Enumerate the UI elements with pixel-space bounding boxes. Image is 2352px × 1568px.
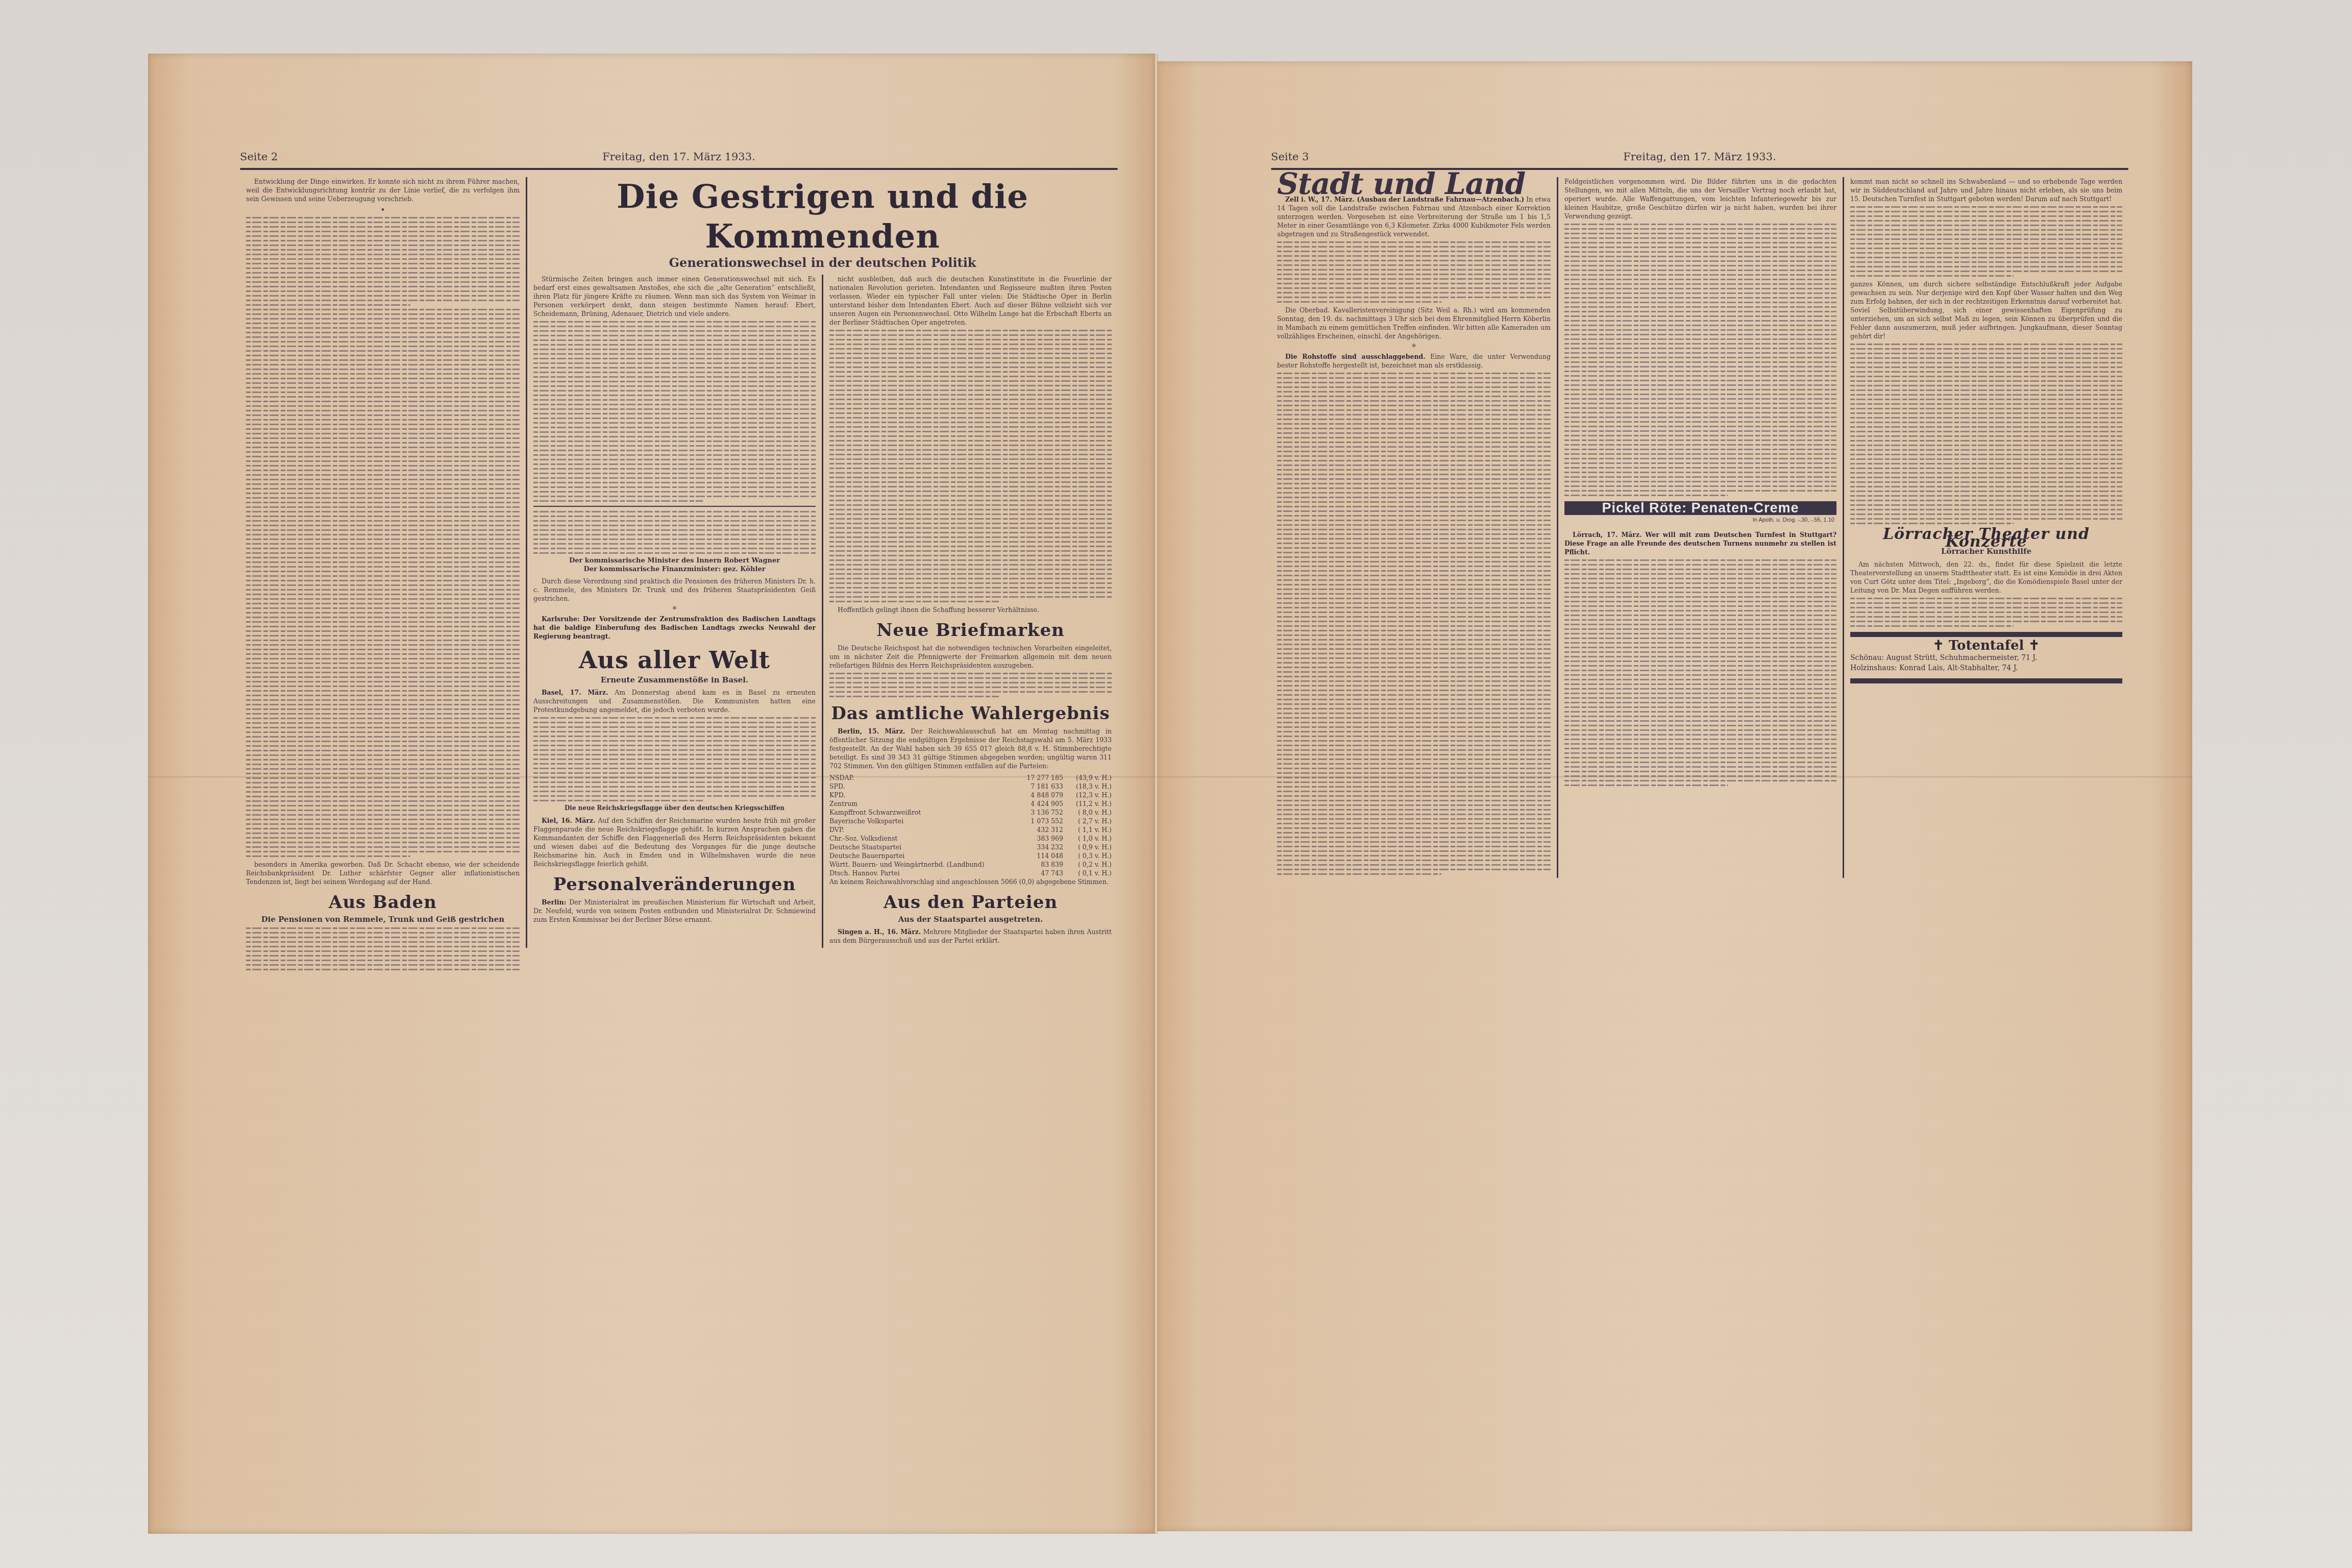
- decree-lines: [533, 511, 816, 554]
- decree-text: Durch diese Verordnung sind praktisch di…: [533, 577, 816, 603]
- aus-baden-body-lines: [246, 927, 520, 970]
- result-pct: ( 0,9 v. H.): [1068, 843, 1112, 851]
- section-title-stadt-und-land: Stadt und Land: [1277, 180, 1551, 188]
- schacht-paragraph-end: besonders in Amerika geworben. Daß Dr. S…: [246, 860, 520, 886]
- theater-heading: Lörracher Theater und Konzerte: [1850, 530, 2122, 546]
- totentafel-heading: ✝ Totentafel ✝: [1850, 642, 2122, 650]
- result-pct: (43,9 v. H.): [1068, 773, 1112, 782]
- main-article-area: Die Gestrigen und die Kommenden Generati…: [526, 177, 1118, 973]
- table-row: Deutsche Bauernpartei114 048( 0,3 v. H.): [829, 851, 1112, 860]
- penaten-creme-advert: Pickel Röte: Penaten-Creme: [1564, 501, 1836, 515]
- result-pct: ( 0,3 v. H.): [1068, 851, 1112, 860]
- briefmarken-lines: [829, 673, 1112, 697]
- totentafel-top-bar: [1850, 632, 2122, 637]
- result-votes: 47 743: [1018, 869, 1068, 877]
- main-subheadline: Generationswechsel in der deutschen Poli…: [533, 259, 1112, 266]
- totentafel-bottom-bar: [1850, 678, 2122, 683]
- rohstoffe-paragraph: Die Rohstoffe sind ausschlaggebend. Eine…: [1277, 352, 1551, 370]
- aus-aller-welt-subheading: Erneute Zusammenstöße in Basel.: [533, 676, 816, 684]
- page-2: Seite 2 Freitag, den 17. März 1933. Entw…: [240, 151, 1118, 973]
- table-row: Württ. Bauern- und Weingärtnerbd. (Landb…: [829, 860, 1112, 869]
- karlsruhe-paragraph: Karlsruhe: Der Vorsitzende der Zentrumsf…: [533, 615, 816, 641]
- result-party: KPD.: [829, 791, 1018, 799]
- personal-heading: Personalveränderungen: [533, 873, 816, 896]
- result-pct: (18,3 v. H.): [1068, 782, 1112, 791]
- result-votes: 4 848 079: [1018, 791, 1068, 799]
- table-row: Dtsch. Hannov. Partei47 743( 0,1 v. H.): [829, 869, 1112, 877]
- obituary-entry: Holzinshaus: Konrad Lais, Alt-Stabhalter…: [1850, 663, 2122, 673]
- totentafel-list: Schönau: August Strütt, Schuhmachermeist…: [1850, 653, 2122, 673]
- result-party: Deutsche Staatspartei: [829, 843, 1018, 851]
- theater-subheading: Lörracher Kunsthilfe: [1850, 548, 2122, 555]
- table-row: Deutsche Staatspartei334 232( 0,9 v. H.): [829, 843, 1112, 851]
- theater-body-lines: [1850, 598, 2122, 627]
- flag-subheading: Die neue Reichskriegsflagge über den deu…: [533, 804, 816, 812]
- main-article-col2-lines: [829, 330, 1112, 602]
- wahlergebnis-intro: Berlin, 15. März. Der Reichswahlausschuß…: [829, 727, 1112, 770]
- result-party: SPD.: [829, 782, 1018, 791]
- result-party: Württ. Bauern- und Weingärtnerbd. (Landb…: [829, 860, 1018, 869]
- zell-body-lines: [1277, 241, 1551, 303]
- separator-dot: •: [246, 206, 520, 214]
- election-results-table: NSDAP.17 277 185(43,9 v. H.)SPD.7 181 63…: [829, 773, 1112, 877]
- result-pct: ( 1,1 v. H.): [1068, 825, 1112, 834]
- table-row: KPD.4 848 079(12,3 v. H.): [829, 791, 1112, 799]
- page-header: Seite 2 Freitag, den 17. März 1933.: [240, 151, 1118, 165]
- column-1: Entwicklung der Dinge einwirken. Er konn…: [240, 177, 526, 973]
- result-party: DVP.: [829, 825, 1018, 834]
- separator-dot: *: [1277, 344, 1551, 351]
- table-row: Bayerische Volkspartei1 073 552( 2,7 v. …: [829, 817, 1112, 825]
- zell-paragraph: Zell i. W., 17. März. (Ausbau der Landst…: [1277, 195, 1551, 238]
- table-row: Kampffront Schwarzweißrot3 136 752( 8,0 …: [829, 808, 1112, 817]
- result-party: NSDAP.: [829, 773, 1018, 782]
- briefmarken-heading: Neue Briefmarken: [829, 619, 1112, 642]
- page-date: Freitag, den 17. März 1933.: [1271, 151, 2128, 163]
- column-1: Stadt und Land Zell i. W., 17. März. (Au…: [1271, 177, 1557, 878]
- result-votes: 334 232: [1018, 843, 1068, 851]
- decree-signature-1: Der kommissarische Minister des Innern R…: [533, 557, 816, 565]
- kavallerie-paragraph: Die Oberbad. Kavalleristenvereinigung (S…: [1277, 306, 1551, 340]
- result-votes: 17 277 185: [1018, 773, 1068, 782]
- result-pct: ( 0,1 v. H.): [1068, 869, 1112, 877]
- section-divider: [533, 506, 816, 507]
- table-row: DVP.432 312( 1,1 v. H.): [829, 825, 1112, 834]
- result-party: Chr.-Soz. Volksdienst: [829, 834, 1018, 843]
- wahlergebnis-footer: An keinem Reichswahlvorschlag sind anges…: [829, 877, 1112, 886]
- result-votes: 1 073 552: [1018, 817, 1068, 825]
- aus-baden-subheading: Die Pensionen von Remmele, Trunk und Gei…: [246, 916, 520, 923]
- aus-den-parteien-subheading: Aus der Staatspartei ausgetreten.: [829, 916, 1112, 923]
- intro-paragraph: Entwicklung der Dinge einwirken. Er konn…: [246, 177, 520, 203]
- table-row: Chr.-Soz. Volksdienst383 969( 1,0 v. H.): [829, 834, 1112, 843]
- singen-paragraph: Singen a. H., 16. März. Mehrere Mitglied…: [829, 927, 1112, 945]
- result-party: Dtsch. Hannov. Partei: [829, 869, 1018, 877]
- result-votes: 114 048: [1018, 851, 1068, 860]
- page-date: Freitag, den 17. März 1933.: [240, 151, 1118, 163]
- advert-price-line: In Apoth. u. Drog. -.30, -.55, 1.10: [1566, 517, 1834, 524]
- center-fold: [1155, 54, 1158, 1534]
- result-pct: ( 1,0 v. H.): [1068, 834, 1112, 843]
- page-header: Seite 3 Freitag, den 17. März 1933.: [1271, 151, 2128, 165]
- main-article-col2: nicht ausbleiben, daß auch die deutschen…: [829, 275, 1112, 327]
- decree-signature-2: Der kommissarische Finanzminister: gez. …: [533, 566, 816, 573]
- basel-news-lines: [1850, 344, 2122, 524]
- basel-body-lines: [533, 717, 816, 801]
- result-votes: 83 839: [1018, 860, 1068, 869]
- table-row: Zentrum4 424 905(11,2 v. H.): [829, 799, 1112, 808]
- aus-aller-welt-heading: Aus aller Welt: [533, 646, 816, 674]
- column-3: nicht ausbleiben, daß auch die deutschen…: [822, 275, 1118, 948]
- result-votes: 3 136 752: [1018, 808, 1068, 817]
- column-2: Stürmische Zeiten bringen auch immer ein…: [526, 275, 822, 948]
- personal-paragraph: Berlin: Der Ministerialrat im preußische…: [533, 898, 816, 924]
- header-rule: [240, 168, 1118, 170]
- result-votes: 432 312: [1018, 825, 1068, 834]
- turnfest-body-lines: [1564, 559, 1836, 786]
- turnfest-paragraph: Lörrach, 17. März. Wer will mit zum Deut…: [1564, 530, 1836, 556]
- col2-body-lines: [1564, 224, 1836, 496]
- obituary-entry: Schönau: August Strütt, Schuhmachermeist…: [1850, 653, 2122, 663]
- result-party: Zentrum: [829, 799, 1018, 808]
- table-row: SPD.7 181 633(18,3 v. H.): [829, 782, 1112, 791]
- result-pct: ( 0,2 v. H.): [1068, 860, 1112, 869]
- result-party: Kampffront Schwarzweißrot: [829, 808, 1018, 817]
- col2-intro: Feldgeistlichen vorgenommen wird. Die Bi…: [1564, 177, 1836, 220]
- col1-body-lines: [1277, 373, 1551, 875]
- result-pct: ( 2,7 v. H.): [1068, 817, 1112, 825]
- result-votes: 7 181 633: [1018, 782, 1068, 791]
- basel-paragraph: Basel, 17. März. Am Donnerstag abend kam…: [533, 688, 816, 714]
- separator-dot: *: [533, 606, 816, 614]
- result-pct: (12,3 v. H.): [1068, 791, 1112, 799]
- result-votes: 4 424 905: [1018, 799, 1068, 808]
- col3-body-lines: [1850, 206, 2122, 277]
- column-2: Feldgeistlichen vorgenommen wird. Die Bi…: [1557, 177, 1843, 878]
- result-pct: (11,2 v. H.): [1068, 799, 1112, 808]
- briefmarken-pretext: Hoffentlich gelingt ihnen die Schaffung …: [829, 605, 1112, 614]
- aus-baden-heading: Aus Baden: [246, 891, 520, 914]
- briefmarken-paragraph: Die Deutsche Reichspost hat die notwendi…: [829, 644, 1112, 670]
- main-article-body-lines: [533, 321, 816, 502]
- result-pct: ( 8,0 v. H.): [1068, 808, 1112, 817]
- page-3: Seite 3 Freitag, den 17. März 1933. Stad…: [1271, 151, 2128, 878]
- main-article-col1: Stürmische Zeiten bringen auch immer ein…: [533, 275, 816, 318]
- article-body-lines: [246, 217, 520, 857]
- result-party: Bayerische Volkspartei: [829, 817, 1018, 825]
- jungkaufmann-paragraph: ganzes Können, um durch sichere selbstän…: [1850, 280, 2122, 340]
- wahlergebnis-heading: Das amtliche Wahlergebnis: [829, 702, 1112, 725]
- aus-den-parteien-heading: Aus den Parteien: [829, 891, 1112, 914]
- col3-intro: kommt man nicht so schnell ins Schwabenl…: [1850, 177, 2122, 203]
- theater-paragraph: Am nächsten Mittwoch, den 22. ds., finde…: [1850, 560, 2122, 595]
- table-row: NSDAP.17 277 185(43,9 v. H.): [829, 773, 1112, 782]
- kiel-paragraph: Kiel, 16. März. Auf den Schiffen der Rei…: [533, 816, 816, 868]
- result-party: Deutsche Bauernpartei: [829, 851, 1018, 860]
- result-votes: 383 969: [1018, 834, 1068, 843]
- column-3: kommt man nicht so schnell ins Schwabenl…: [1843, 177, 2128, 878]
- main-headline: Die Gestrigen und die Kommenden: [533, 177, 1112, 257]
